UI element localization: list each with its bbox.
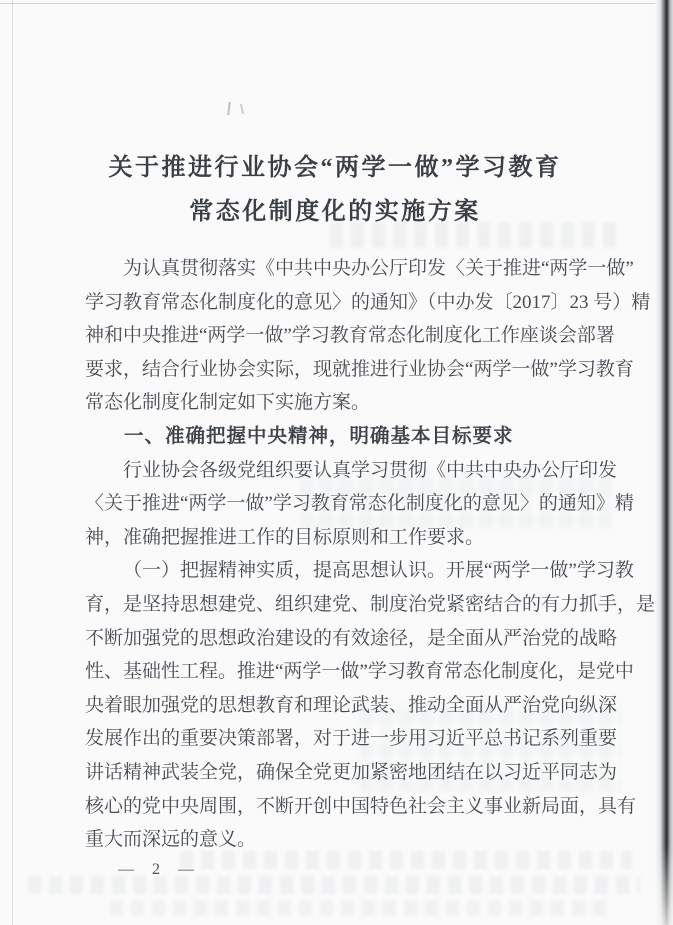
document-title-line1: 关于推进行业协会“两学一做”学习教育	[55, 146, 615, 190]
para3-line8: 核心的党中央周围，不断开创中国特色社会主义事业新局面，具有	[85, 790, 596, 824]
para1-line4: 要求，结合行业协会实际，现就推进行业协会“两学一做”学习教育	[85, 353, 596, 387]
para1-line1: 为认真贯彻落实《中共中央办公厅印发〈关于推进“两学一做”	[85, 252, 596, 286]
scanned-document-page: 关于推进行业协会“两学一做”学习教育 常态化制度化的实施方案 为认真贯彻落实《中…	[0, 0, 673, 925]
document-title: 关于推进行业协会“两学一做”学习教育 常态化制度化的实施方案	[55, 146, 615, 234]
document-title-line2: 常态化制度化的实施方案	[55, 190, 615, 234]
section-heading-1: 一、准确把握中央精神，明确基本目标要求	[85, 420, 596, 454]
para2-line3: 神，准确把握推进工作的目标原则和工作要求。	[85, 521, 596, 555]
para3-line7: 讲话精神武装全党，确保全党更加紧密地团结在以习近平同志为	[85, 756, 596, 790]
para1-line3: 神和中央推进“两学一做”学习教育常态化制度化工作座谈会部署	[85, 319, 596, 353]
para3-line2: 育，是坚持思想建党、组织建党、制度治党紧密结合的有力抓手，是	[85, 588, 596, 622]
bleedthrough-ghost	[110, 900, 612, 916]
para3-line9: 重大而深远的意义。	[85, 823, 596, 857]
left-scan-line	[12, 0, 13, 925]
ink-smudge	[224, 101, 248, 117]
para3-line1: （一）把握精神实质，提高思想认识。开展“两学一做”学习教	[85, 554, 596, 588]
page-number: — 2 —	[118, 861, 197, 879]
para2-line1: 行业协会各级党组织要认真学习贯彻《中共中央办公厅印发	[85, 454, 596, 488]
right-scan-edge-shadow	[655, 0, 673, 925]
para3-line6: 发展作出的重要决策部署，对于进一步用习近平总书记系列重要	[85, 722, 596, 756]
document-body: 为认真贯彻落实《中共中央办公厅印发〈关于推进“两学一做” 学习教育常态化制度化的…	[85, 252, 596, 857]
para3-line4: 性、基础性工程。推进“两学一做”学习教育常态化制度化，是党中	[85, 655, 596, 689]
para1-line5: 常态化制度化制定如下实施方案。	[85, 386, 596, 420]
para1-line2: 学习教育常态化制度化的意见〉的通知》（中办发〔2017〕23 号）精	[85, 286, 596, 320]
para2-line2: 〈关于推进“两学一做”学习教育常态化制度化的意见〉的通知》精	[85, 487, 596, 521]
para3-line3: 不断加强党的思想政治建设的有效途径，是全面从严治党的战略	[85, 622, 596, 656]
para3-line5: 央着眼加强党的思想教育和理论武装、推动全面从严治党向纵深	[85, 689, 596, 723]
top-scan-line	[0, 3, 655, 4]
